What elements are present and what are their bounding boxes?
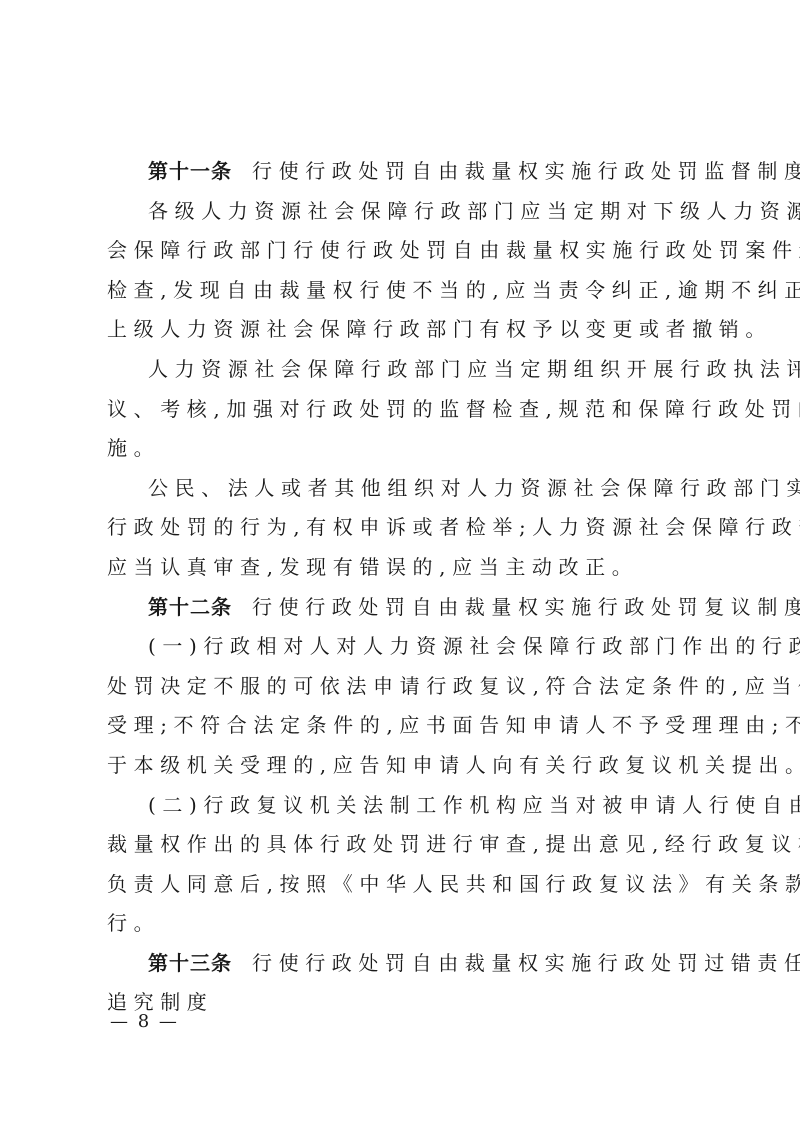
article-number: 第十三条	[148, 951, 232, 975]
text-line: 上级人力资源社会保障行政部门有权予以变更或者撤销。	[107, 310, 697, 350]
text-line: 裁量权作出的具体行政处罚进行审查,提出意见,经行政复议机关	[107, 825, 697, 865]
article-title: 行使行政处罚自由裁量权实施行政处罚复议制度	[252, 595, 800, 619]
text-line: 行。	[107, 904, 697, 944]
text-line: 负责人同意后,按照《中华人民共和国行政复议法》有关条款执	[107, 865, 697, 905]
page-number: — 8 —	[110, 1011, 179, 1032]
text-line: 会保障行政部门行使行政处罚自由裁量权实施行政处罚案件进行	[107, 231, 697, 271]
article-title: 行使行政处罚自由裁量权实施行政处罚监督制度	[252, 159, 800, 183]
document-page: 第十一条行使行政处罚自由裁量权实施行政处罚监督制度 各级人力资源社会保障行政部门…	[107, 152, 697, 1023]
text-line: 公民、法人或者其他组织对人力资源社会保障行政部门实施	[107, 469, 697, 509]
article-number: 第十一条	[148, 159, 232, 183]
text-line: 施。	[107, 429, 697, 469]
text-line: 检查,发现自由裁量权行使不当的,应当责令纠正,逾期不纠正的,	[107, 271, 697, 311]
article-title: 行使行政处罚自由裁量权实施行政处罚过错责任	[252, 951, 800, 975]
article-12-heading-line: 第十二条行使行政处罚自由裁量权实施行政处罚复议制度	[107, 588, 697, 628]
article-number: 第十二条	[148, 595, 232, 619]
text-line: 受理;不符合法定条件的,应书面告知申请人不予受理理由;不属	[107, 706, 697, 746]
article-13-heading-line: 第十三条行使行政处罚自由裁量权实施行政处罚过错责任	[107, 944, 697, 984]
text-line: 处罚决定不服的可依法申请行政复议,符合法定条件的,应当依法	[107, 667, 697, 707]
text-line: 追究制度	[107, 983, 697, 1023]
text-line: 应当认真审查,发现有错误的,应当主动改正。	[107, 548, 697, 588]
text-line: 于本级机关受理的,应告知申请人向有关行政复议机关提出。	[107, 746, 697, 786]
article-11-heading-line: 第十一条行使行政处罚自由裁量权实施行政处罚监督制度	[107, 152, 697, 192]
text-line: 议、考核,加强对行政处罚的监督检查,规范和保障行政处罚的实	[107, 390, 697, 430]
text-line: (一)行政相对人对人力资源社会保障行政部门作出的行政	[107, 627, 697, 667]
text-line: 各级人力资源社会保障行政部门应当定期对下级人力资源社	[107, 192, 697, 232]
text-line: 行政处罚的行为,有权申诉或者检举;人力资源社会保障行政部门	[107, 508, 697, 548]
text-line: (二)行政复议机关法制工作机构应当对被申请人行使自由	[107, 786, 697, 826]
text-line: 人力资源社会保障行政部门应当定期组织开展行政执法评	[107, 350, 697, 390]
